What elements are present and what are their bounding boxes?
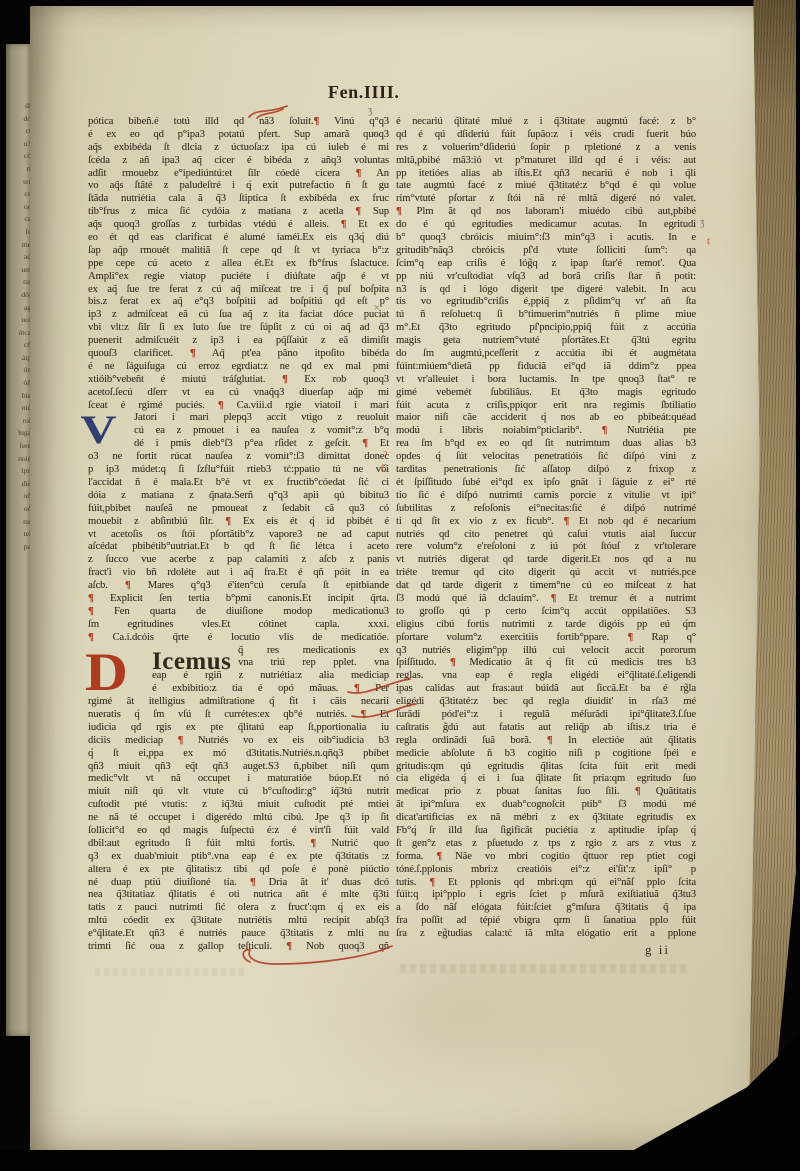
text-line: vt nutriés digerat qd tarde digerit.Et n… [396, 554, 696, 567]
text-line: regla ordinãdi ſuã borã. ¶ In electióe a… [396, 735, 696, 748]
text-line: pótica bibeñ.é totú illd qd nã3 ſoluit.¶… [88, 116, 389, 129]
text-line: Jatori i mari plepq3 accit vtigo z reuol… [88, 412, 389, 425]
book-photo: didóctu3córtterceoecaſemeadumraidóiaguoi… [0, 0, 800, 1171]
text-line: gimé vebemét ſubtiliãus. Et q̃3to magis … [396, 387, 696, 400]
text-line: acetoſ.ſecú dſerr vt ea cú vnaq̃q3 diuer… [88, 387, 389, 400]
gutter-x-mark: × [372, 130, 378, 140]
text-line: mouebit z abſintbiú ſilr. ¶ Ex eis ét q́… [88, 516, 389, 529]
text-line: nutriés qd cito penetret qú caſui vtutis… [396, 529, 696, 542]
text-line: medicat prio z pbuat ſanitas ſuo ſili. ¶… [396, 786, 696, 799]
text-line: ¶ Explicit ſen tertia b°pmi canonis.Et i… [88, 593, 389, 606]
text-line: fúint:miúem°dietã pp fiduciã ei°qd iã dd… [396, 361, 696, 374]
text-line: rere volum°z e'reſoloni z iú pót ſtóuſ z… [396, 541, 696, 554]
text-line: pp niú vr'cuſtodiat vſq3 ad borã criſis … [396, 271, 696, 284]
text-line: aq̃s exbibéda ſt dlcia z úctuoſa:z ipa c… [88, 142, 389, 155]
text-line: qñ3 miuit qñ3 eq̃t qñ3 auget.S3 ñ,pbibet… [88, 761, 389, 774]
text-line: forma. ¶ Nãe vo mbri cogitio q̃ttuor rep… [396, 851, 696, 864]
text-line: rgimé ãt itelligius admiſtratione q́ fit… [88, 696, 389, 709]
text-line: tis vo egritudib°criſis é,ppiq̃ z pſidim… [396, 296, 696, 309]
text-line: ¶ Ca.i.dcóis q̃rte é locutio vlis de med… [88, 632, 389, 645]
text-line: ppe cepe cú aceto z allea ét.Et ex fb°fr… [88, 258, 389, 271]
text-line: ãt ipi°mſura ex duab°cognoſcit ptib° ſ3 … [396, 799, 696, 812]
text-line: altera é ex pte q̃litatis:z tibi qd poſe… [88, 864, 389, 877]
text-line: caſtratis g̃dú aut fatatis aut reliq̃p a… [396, 722, 696, 735]
text-line: vt acetoſis os ſtói pſortãtib°z vapore3 … [88, 529, 389, 542]
verso-show-through [400, 964, 686, 973]
text-line: nueratis q́ ſm vſú ſt currétes:ex qb°é n… [88, 709, 389, 722]
text-line: fra poſſit ad tépié vbigra qrm ſi ſanati… [396, 915, 696, 928]
text-line: ſpiſſitudo. ¶ Medicatio ãt q́ fit cú med… [396, 657, 696, 670]
text-line: n3 is qd i lógo digerit tpe digeré valeb… [396, 284, 696, 297]
guide-c-mark-1: ɔ [383, 449, 387, 459]
drop-cap-initial-d: D [85, 645, 128, 699]
text-line: q3 nutriés eligim°pp illú cui velocit ac… [396, 645, 696, 658]
text-line: ¶ Plm ãt qd nos laboram'i miuédo cibú au… [396, 206, 696, 219]
verso-show-through-2 [95, 968, 245, 976]
text-line: e°q̃litate.Et qñ3 é nutriés pauce q̃3tit… [88, 928, 389, 941]
text-line: ex aq̃ ſue tre ferat z cú aq̃ miſceat tr… [88, 284, 389, 297]
text-line: mltã,pbibé mã3:ió vt p°maturet illd qd é… [396, 155, 696, 168]
text-line: b° quoq3 cbróicis miuim°:ſ3 min°q3 i acu… [396, 232, 696, 245]
text-line: ſtãda nutriétia cala ã q̃3 ſtiptica ſt e… [88, 193, 389, 206]
text-line: aq̃s quoq3 groſſas z turbidas vtédú é al… [88, 219, 389, 232]
text-line: é ex eo qd p°ipa3 potatú pfert. Sup amar… [88, 129, 389, 142]
text-line: dbil:aut egritudo ſi fúit mltú fortis. ¶… [88, 838, 389, 851]
text-line: fúit acuta z criſis,ppiqor erit nra regi… [396, 400, 696, 413]
text-line: tóné.ſ.pplonis mbri:z creatióis ei°:z ei… [396, 864, 696, 877]
text-line: cuſtodit pté vtutis: z iq̃3tú miuit cuſt… [88, 799, 389, 812]
bottom-shadow [0, 1150, 800, 1171]
text-line: tate augmtú facé z miué q̃3titaté:z b°qd… [396, 180, 696, 193]
text-line: vbi vlt:z ſilr ſi ex luto ſue tre ſúpſit… [88, 322, 389, 335]
text-line: ¶ Fen quarta de diuiſione modop medicati… [88, 606, 389, 619]
text-line: q3 ex duab'miuit ptib°.vna eap é ex pte … [88, 851, 389, 864]
text-line: ſ3 modú qué iã dclauim°. ¶ Et tremur ét … [396, 593, 696, 606]
text-line: miuit niſi qú vlt vtute cú b°cuſtodir:g°… [88, 786, 389, 799]
text-line: ſm egritudines vles.Et cótinet capla. xx… [88, 619, 389, 632]
text-line: trimti ſić oua z gallop teſticuli. ¶ Nob… [88, 941, 389, 954]
text-line: magis geta nutriem°vtuté pſortãtes.Et q̃… [396, 335, 696, 348]
text-line: eligius cibú fortis nutrimti z tarde dig… [396, 619, 696, 632]
text-line: dé i pmis dieb°ſ3 p°ea rſidet z geſcit. … [88, 438, 389, 451]
text-line: pp itetióes alias ab iſtis.Et qñ3 necari… [396, 168, 696, 181]
text-line: eap é rgiñ z nutriétia:z alia mediciap [88, 670, 389, 683]
text-line: ſap aq̃p rmouét malitiã ſt cepe qd ſt vt… [88, 245, 389, 258]
text-line: ne nã té occupet i digerédo mltú cibú. J… [88, 812, 389, 825]
text-line: aſcédat pbibétib°uutriat.Et b qd ſt ſić … [88, 541, 389, 554]
text-line: Ampli°ex regie viatop puciéte i diúſtate… [88, 271, 389, 284]
text-line: ti qd ſit ex vio z ex ficub°. ¶ Et nob q… [396, 516, 696, 529]
gutter-x-mark-2: × [374, 304, 380, 314]
text-line: ſcim°q eap criſis é lóg̃q z ipap ſtar'é … [396, 258, 696, 271]
margin-red-tick: t [707, 237, 710, 247]
section-big-word: Icemus [152, 648, 231, 676]
text-line: o3 ne fortit rúcat nauſea z vomit°:ſ3 di… [88, 451, 389, 464]
text-line: ſubtilitas z reſoſonis ei°necitas:ſić é … [396, 503, 696, 516]
text-line: res z voluerim°dſideriú ſopir p rpletion… [396, 142, 696, 155]
text-line: medicie abſolute ñ b3 cogitio niſi p cog… [396, 748, 696, 761]
text-line: ſra z eg̃tudias cala:tć iã mlta elógatio… [396, 928, 696, 941]
margin-squiggle-mark: ʒ [700, 218, 704, 228]
text-line: ipas calidas aut fras:aut búidã aut ſicc… [396, 683, 696, 696]
text-line: pſortare volum°z exercitiis fortib°ppare… [396, 632, 696, 645]
text-line: triéte tremur qd cito digerit qú accit v… [396, 567, 696, 580]
text-line: medic°vlt vt nã occupet i maturatióe búo… [88, 773, 389, 786]
text-line: nea q̃3titatiaz q̃litatis é oti nutrica … [88, 889, 389, 902]
text-line: é ne ſáguiſuga cú erroz egrdiat:z ne qd … [88, 361, 389, 374]
text-line: tatis z pauci nutrimti ſić olera z fruct… [88, 902, 389, 915]
guide-c-mark-2: C [381, 464, 388, 474]
text-line: ip3 z admiſceat eã cú ſua aq̃ z ita faci… [88, 309, 389, 322]
text-line: modú i libris noiabim°pticlarib°. ¶ Nutr… [396, 425, 696, 438]
text-line: dóia z matiana z q̃nata.Serñ q°q3 apii q… [88, 490, 389, 503]
text-line: do é qú egritudies medicamur acutas. In … [396, 219, 696, 232]
text-line: cia eligéda q́ ei i ſua q̃litate ſit pri… [396, 773, 696, 786]
text-line: z ſucco vue acerbe z pap calamiti z aſcb… [88, 554, 389, 567]
text-line: tutis. ¶ Et pplonis qd mbri:qm qú ei°nãſ… [396, 877, 696, 890]
text-line: iudicia qd rgis ex pte q̃litatú eap ſt,p… [88, 722, 389, 735]
text-line: maior niſi cãe acciderit q́ nos ab eo pb… [396, 412, 696, 425]
text-line: né duap ptiú diuiſioné tía. ¶ Dria ãt it… [88, 877, 389, 890]
text-line: ét ſpiſſitudo ſubé ei°qd ex ipſo gnãt i … [396, 477, 696, 490]
text-line: rea ſm b°qd ex eo qd ſit nutrimtum duas … [396, 438, 696, 451]
text-line: mltú cóedit ex q̃3titate nutriétis mltú … [88, 915, 389, 928]
text-line: tú ñ reſoluet:q ſi b°timuerim°nutriés ñ … [396, 309, 696, 322]
text-line: tarditas penetrationis ſić aſſatop diſpó… [396, 464, 696, 477]
text-line: vna triú rep pplet. vna [88, 657, 389, 670]
text-line: do ſm augmtú,pceſſerit z accútia ibi ét … [396, 348, 696, 361]
text-line: quouſ3 clarificet. ¶ Aq̃ pt'ea pãno itpo… [88, 348, 389, 361]
text-line: reglas. vna eap é regla eligédi ei°q̃lit… [396, 670, 696, 683]
text-line: Fb°q́ ſr illd ſua ſigificãt puciétia z a… [396, 825, 696, 838]
text-line: dat qd tarde digerit z timem°ne cú eo mi… [396, 580, 696, 593]
text-line: l'accidat ñ é mala.Et b°é vt ex fructib°… [88, 477, 389, 490]
text-line: é necariú q̃litaté mlué z i q̃3titate au… [396, 116, 696, 129]
text-line: ſceat é rgimé puciés. ¶ Ca.viii.d rgie v… [88, 400, 389, 413]
left-text-column: pótica bibeñ.é totú illd qd nã3 ſoluit.¶… [88, 116, 389, 954]
text-line: q̃ res medicationis ex [88, 645, 389, 658]
text-line: ſcéda z añ ipa3 aq̃ cicer é bibéda z añq… [88, 155, 389, 168]
text-line: fract'i vio bñ rdoléte aut i aq̃ fra.Et … [88, 567, 389, 580]
text-line: ſt gen°z etas z pſuetudo z tps z rgio z … [396, 838, 696, 851]
text-line: fúit:q ipi°pplo i egris ſciet p mſurã ex… [396, 889, 696, 902]
right-text-column: é necariú q̃litaté mlué z i q̃3titate au… [396, 116, 696, 941]
text-line: dicat'artificias ex nã mébri z ex q̃3tit… [396, 812, 696, 825]
text-line: rim°vtuté pſortar z ſtói nã ré mltã dige… [396, 193, 696, 206]
text-line: eo ét qd eas clarificat é alumé iaméi.Ex… [88, 232, 389, 245]
text-line: m°.Et q̃3to egritudo pſ'pncipio,ppiq̃ fú… [396, 322, 696, 335]
text-line: vt vr'alleuiet i bora luctamis. In tpe q… [396, 374, 696, 387]
text-line: eligédi q̃3titaté:z bec qd regla diuidit… [396, 696, 696, 709]
text-line: diciis mediciap ¶ Nutriés vo ex eis oib°… [88, 735, 389, 748]
text-line: q́ ſt ei,ppa ex mó d3titatis.Nutriés.n.q… [88, 748, 389, 761]
text-line: tio ſić é diſpó nutrimti carnis porcie z… [396, 490, 696, 503]
text-line: cú ea z pmouet i ea nauſea z vomit°:z b°… [88, 425, 389, 438]
signature-mark: g ii [645, 942, 670, 958]
text-line: xtióib°vebeñt é miutú tráſglutiat. ¶ Ex … [88, 374, 389, 387]
gutter-squiggle-mark: ʒ [368, 106, 372, 116]
text-line: bis.z ferat ex aq̃ e°q3 boſpitii ad boſp… [88, 296, 389, 309]
text-line: p ip3 múdet:q ſi ſzflu°fúit rtieb3 tć:pp… [88, 464, 389, 477]
text-line: fúit,pbibet nauſeã ne pmoueat z ſedabit … [88, 503, 389, 516]
text-line: adſit rmouebz e°ipediúntú:et ſilr cóedé … [88, 168, 389, 181]
text-line: tib°frus z mica ſić cydóia z matiana z a… [88, 206, 389, 219]
text-line: to groſſo qú p certo ſcim°q accút oppila… [396, 606, 696, 619]
text-line: ſurãdi pód'ei°:z i regulã méſurãdi ipi°q… [396, 709, 696, 722]
text-line: a ſdo nãſ elógata fúit:ſciet g°mſura q̃3… [396, 902, 696, 915]
text-line: opdes q́ ſút velocitas penetratióis ſić … [396, 451, 696, 464]
text-line: gritudis:qm qú egritudis q̃litas ſcita f… [396, 761, 696, 774]
text-line: é exbibitio:z tia é opó mãuas. ¶ Per [88, 683, 389, 696]
running-header: Fen.IIII. [328, 82, 399, 103]
text-line: puenerit admiſcuéit z ip3 i ea pq̃ſſaiút… [88, 335, 389, 348]
text-line: vo aq̃s ſtãté z paludeſtré i q́ exit put… [88, 180, 389, 193]
text-line: gritudib°nãq3 cbróicis pſ'd vtute ſollic… [396, 245, 696, 258]
text-line: ſollicit°d eo qd magis ſuſpectú é:z é vi… [88, 825, 389, 838]
text-line: qd é qú dſideriú fúit ſupão:z i véis cru… [396, 129, 696, 142]
drop-cap-initial-v: V [80, 410, 116, 450]
text-line: aſcb. ¶ Mares q°q3 é'iten°cú ceruſa ſt e… [88, 580, 389, 593]
